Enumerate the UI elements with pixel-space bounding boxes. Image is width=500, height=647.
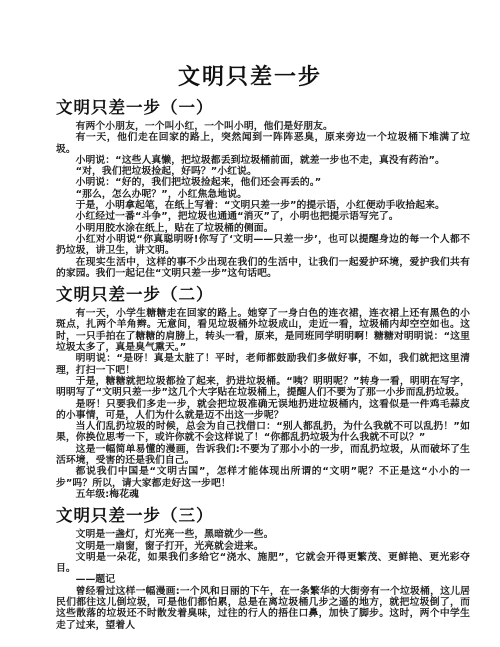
essay-title: 文明只差一步 xyxy=(0,64,500,91)
essay-paragraph: 明明说：“是呀！真是太脏了！平时，老师都鼓励我们多做好事，不如，我们就把这里清理… xyxy=(56,353,470,376)
essay-section: 文明只差一步（三）文明是一盏灯，灯光亮一些，黑暗就少一些。文明是一扇窗，窗子打开… xyxy=(56,506,470,631)
section-heading: 文明只差一步（三） xyxy=(56,506,470,526)
essay-paragraph: 小红对小明说“你真聪明呀!你写了‘文明——只差一步’，也可以提醒身边的每一个人都… xyxy=(56,234,470,257)
essay-paragraph: ——题记 xyxy=(56,574,470,585)
essay-paragraph: 小明说：“这些人真懒，把垃圾都丢到垃圾桶前面，就差一步也不走，真没有药治”。 xyxy=(56,155,470,166)
essay-paragraph: 五年级:梅花魂 xyxy=(56,489,470,500)
essay-sections: 文明只差一步（一）有两个小朋友，一个叫小红，一个叫小明，他们是好朋友。有一天，他… xyxy=(56,98,470,631)
section-heading: 文明只差一步（一） xyxy=(56,98,470,118)
essay-section: 文明只差一步（二）有一天，小学生糖糖走在回家的路上。她穿了一身白色的连衣裙，连衣… xyxy=(56,285,470,500)
essay-paragraph: 是呀！只要我们多走一步，就会把垃圾准确无误地扔进垃圾桶内，这看似是一件鸡毛蒜皮的… xyxy=(56,399,470,422)
essay-paragraph: 这是一幅简单易懂的漫画，告诉我们:不要为了那小小的一步，而乱扔垃圾，从而破坏了生… xyxy=(56,444,470,467)
document-page: 文明只差一步 文明只差一步（一）有两个小朋友，一个叫小红，一个叫小明，他们是好朋… xyxy=(0,0,500,647)
essay-paragraph: 文明是一盏灯，灯光亮一些，黑暗就少一些。 xyxy=(56,529,470,540)
essay-paragraph: 有一天，小学生糖糖走在回家的路上。她穿了一身白色的连衣裙，连衣裙上还有黑色的小斑… xyxy=(56,308,470,353)
essay-paragraph: 都说我们中国是“文明古国”，怎样才能体现出所谓的“文明”呢？不正是这“小小的一步… xyxy=(56,466,470,489)
essay-paragraph: 小明说：“好的，我们把垃圾捡起来，他们还会再丢的。” xyxy=(56,177,470,188)
essay-paragraph: 于是，糖糖就把垃圾都捡了起来，扔进垃圾桶。“咦？明明呢？”转身一看，明明在写字，… xyxy=(56,376,470,399)
essay-paragraph: 小红经过一番“斗争”，把垃圾也通通“消灭”了，小明也把提示语写完了。 xyxy=(56,211,470,222)
essay-paragraph: 当人们乱扔垃圾的时候，总会为自己找借口：“别人都乱扔，为什么我就不可以乱扔！”如… xyxy=(56,421,470,444)
essay-section: 文明只差一步（一）有两个小朋友，一个叫小红，一个叫小明，他们是好朋友。有一天，他… xyxy=(56,98,470,279)
essay-paragraph: 有两个小朋友，一个叫小红，一个叫小明，他们是好朋友。 xyxy=(56,121,470,132)
essay-paragraph: 有一天，他们走在回家的路上，突然闻到一阵阵恶臭，原来旁边一个垃圾桶下堆满了垃圾。 xyxy=(56,132,470,155)
essay-paragraph: 在现实生活中，这样的事不少出现在我们的生活中，让我们一起爱护环境，爱护我们共有的… xyxy=(56,257,470,280)
essay-paragraph: “对，我们把垃圾捡起，好吗？”小红说。 xyxy=(56,166,470,177)
essay-paragraph: 小明用胶水涂在纸上，贴在了垃圾桶的侧面。 xyxy=(56,223,470,234)
essay-paragraph: 于是，小明拿起笔，在纸上写着：“文明只差一步”的提示语，小红便动手收拾起来。 xyxy=(56,200,470,211)
essay-paragraph: 曾经看过这样一幅漫画:一个风和日丽的下午，在一条繁华的大街旁有一个垃圾桶，这儿居… xyxy=(56,586,470,631)
essay-paragraph: 文明是一扇窗，窗子打开，光亮就会进来。 xyxy=(56,541,470,552)
section-heading: 文明只差一步（二） xyxy=(56,285,470,305)
essay-paragraph: “那么，怎么办呢？”，小红焦急地说。 xyxy=(56,189,470,200)
essay-paragraph: 文明是一朵花，如果我们多给它“浇水、施肥”，它就会开得更繁茂、更鲜艳、更光彩夺目… xyxy=(56,552,470,575)
